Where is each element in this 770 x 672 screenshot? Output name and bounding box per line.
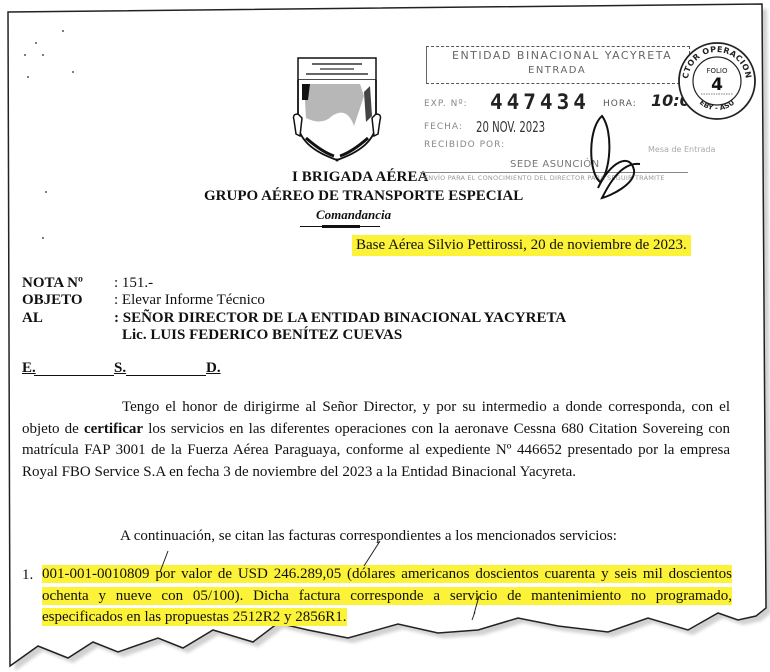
speck (42, 237, 44, 239)
nota-value: : 151.- (114, 275, 153, 292)
letterhead-group: GRUPO AÉREO DE TRANSPORTE ESPECIAL (204, 188, 523, 205)
al-label: AL (22, 310, 43, 327)
letterhead-rule-accent (322, 225, 360, 228)
invoice-item: 001-001-0010809 por valor de USD 246.289… (42, 564, 732, 629)
stamp-recibido-label: RECIBIDO POR: (424, 140, 505, 150)
speck (24, 54, 26, 56)
nota-label: NOTA Nº (22, 275, 83, 292)
speck (62, 30, 64, 32)
esd-underline (126, 375, 206, 376)
speck (35, 42, 37, 44)
invoice-item-number: 1. (22, 567, 33, 584)
body-paragraph: Tengo el honor de dirigirme al Señor Dir… (22, 397, 730, 483)
invoice-intro: A continuación, se citan las facturas co… (120, 528, 617, 545)
operations-seal: SECTOR OPERACIONES EBY - ASU FOLIO 4 (676, 40, 758, 122)
brigade-shield-logo (292, 56, 382, 164)
stamp-mesa: Mesa de Entrada (648, 145, 715, 154)
esd-s: S. (114, 360, 126, 377)
speck (27, 76, 29, 78)
seal-folio-number: 4 (711, 75, 723, 95)
place-date-line: Base Aérea Silvio Pettirossi, 20 de novi… (352, 235, 691, 256)
stamp-fecha-value: 20 NOV. 2023 (476, 118, 545, 136)
speck (45, 191, 47, 193)
esd-underline (34, 375, 114, 376)
stamp-entity: ENTIDAD BINACIONAL YACYRETA (452, 49, 672, 62)
al-recipient: : SEÑOR DIRECTOR DE LA ENTIDAD BINACIONA… (114, 310, 566, 327)
objeto-label: OBJETO (22, 292, 83, 309)
scanned-document: I BRIGADA AÉREA GRUPO AÉREO DE TRANSPORT… (0, 0, 770, 672)
stamp-exp-number: 447434 (490, 90, 590, 114)
stamp-hora-label: HORA: (603, 99, 637, 109)
body-text-bold: certificar (84, 421, 143, 437)
invoice-item-text: 001-001-0010809 por valor de USD 246.289… (42, 565, 732, 626)
letterhead-brigade: I BRIGADA AÉREA (292, 169, 429, 186)
speck (42, 54, 44, 56)
handwritten-signature (580, 112, 650, 200)
seal-folio-label: FOLIO (706, 67, 728, 75)
objeto-value: : Elevar Informe Técnico (114, 292, 265, 309)
stamp-type: ENTRADA (528, 65, 586, 76)
letterhead-command: Comandancia (316, 207, 391, 223)
stamp-fecha-label: FECHA: (424, 122, 463, 132)
stamp-exp-label: EXP. Nº: (424, 99, 468, 109)
speck (72, 71, 74, 73)
esd-d: D. (206, 360, 221, 377)
al-recipient-name: Lic. LUIS FEDERICO BENÍTEZ CUEVAS (122, 327, 402, 344)
